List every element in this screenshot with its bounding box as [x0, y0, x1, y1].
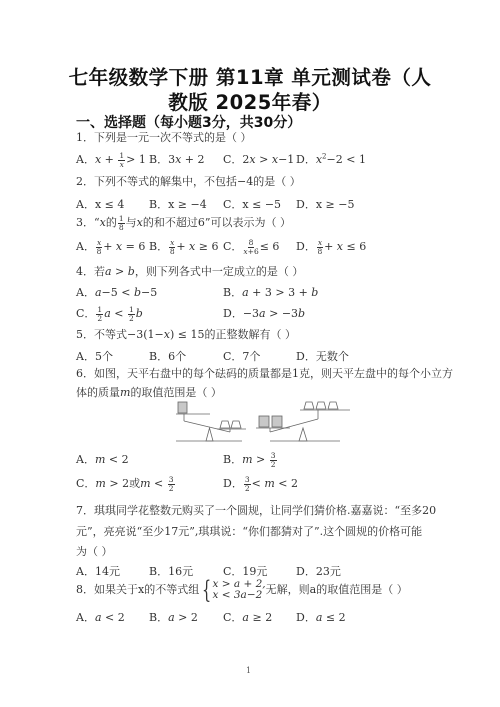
question-7-stem-line-1: 7．琪琪同学花整数元购买了一个圆规，让同学们猜价格.嘉嘉说：“至多20 — [76, 502, 436, 518]
option-b: B．x8+ x ≥ 6 — [149, 238, 218, 256]
weight-icon — [220, 421, 230, 428]
option-b: B．x ≥ −4 — [149, 196, 207, 212]
option-b: B．m > 32 — [223, 451, 278, 469]
document-title-line-1: 七年级数学下册 第11章 单元测试卷（人 — [0, 62, 500, 90]
option-c: C．2x > x−1 — [223, 151, 294, 167]
option-d: D．无数个 — [296, 348, 349, 364]
question-7-stem-line-3: 为（ ） — [76, 543, 113, 559]
document-title-line-2: 教版 2025年春） — [0, 87, 500, 115]
option-b: B．a > 2 — [149, 609, 198, 625]
option-c: C．19元 — [223, 563, 267, 579]
balance-scales-figure — [170, 397, 355, 445]
question-4-stem: 4．若a > b，则下列各式中一定成立的是（ ） — [76, 263, 303, 279]
option-a: A．a−5 < b−5 — [76, 284, 157, 300]
option-a: A．14元 — [76, 563, 120, 579]
option-d: D．−3a > −3b — [223, 305, 305, 321]
option-c: C．7个 — [223, 348, 260, 364]
inequality-system: {x > a + 2,x < 3a−2 — [199, 579, 265, 601]
weight-icon — [231, 421, 241, 428]
option-d: D．32< m < 2 — [223, 475, 298, 493]
option-c: C．12a < 12b — [76, 305, 143, 323]
cube-icon — [272, 416, 282, 427]
option-d: D．a ≤ 2 — [296, 609, 346, 625]
weight-icon — [316, 402, 326, 409]
question-3-stem: 3．“x的18与x的和不超过6”可以表示为（ ） — [76, 214, 291, 232]
option-c: C．a ≥ 2 — [223, 609, 272, 625]
question-7-stem-line-2: 元”，亮亮说“至少17元”,琪琪说：“你们都猜对了”.这个圆规的价格可能 — [76, 523, 422, 539]
option-d: D．23元 — [296, 563, 341, 579]
option-d: D．x8+ x ≤ 6 — [296, 238, 366, 256]
cube-icon — [259, 416, 269, 427]
option-b: B．6个 — [149, 348, 186, 364]
option-a: A．x8+ x = 6 — [76, 238, 145, 256]
question-2-stem: 2．下列不等式的解集中，不包括−4的是（ ） — [76, 173, 301, 189]
question-6-stem-line-1: 6．如图，天平右盘中的每个砝码的质量都是1克，则天平左盘中的每个小立方 — [76, 365, 453, 381]
option-b: B．a + 3 > 3 + b — [223, 284, 318, 300]
question-5-stem: 5．不等式−3(1−x) ≤ 15的正整数解有（ ） — [76, 326, 296, 342]
option-d: D．x2−2 < 1 — [296, 151, 366, 167]
option-b: B．3x + 2 — [149, 151, 205, 167]
option-a: A．5个 — [76, 348, 113, 364]
option-a: A．m < 2 — [76, 451, 129, 467]
option-b: B．16元 — [149, 563, 193, 579]
option-d: D．x ≥ −5 — [296, 196, 354, 212]
option-c: C．m > 2或m < 32 — [76, 475, 176, 493]
question-8-stem: 8．如果关于x的不等式组{x > a + 2,x < 3a−2无解，则a的取值范… — [76, 579, 408, 601]
option-a: A．x ≤ 4 — [76, 196, 124, 212]
page-number: 1 — [246, 666, 251, 675]
option-c: C．8x+6≤ 6 — [223, 238, 279, 256]
question-1-stem: 1．下列是一元一次不等式的是（ ） — [76, 129, 252, 145]
cube-icon — [178, 402, 187, 413]
weight-icon — [328, 402, 338, 409]
weight-icon — [304, 402, 314, 409]
option-c: C．x ≤ −5 — [223, 196, 281, 212]
option-a: A．a < 2 — [76, 609, 125, 625]
option-a: A．x + 1x> 1 — [76, 151, 146, 169]
